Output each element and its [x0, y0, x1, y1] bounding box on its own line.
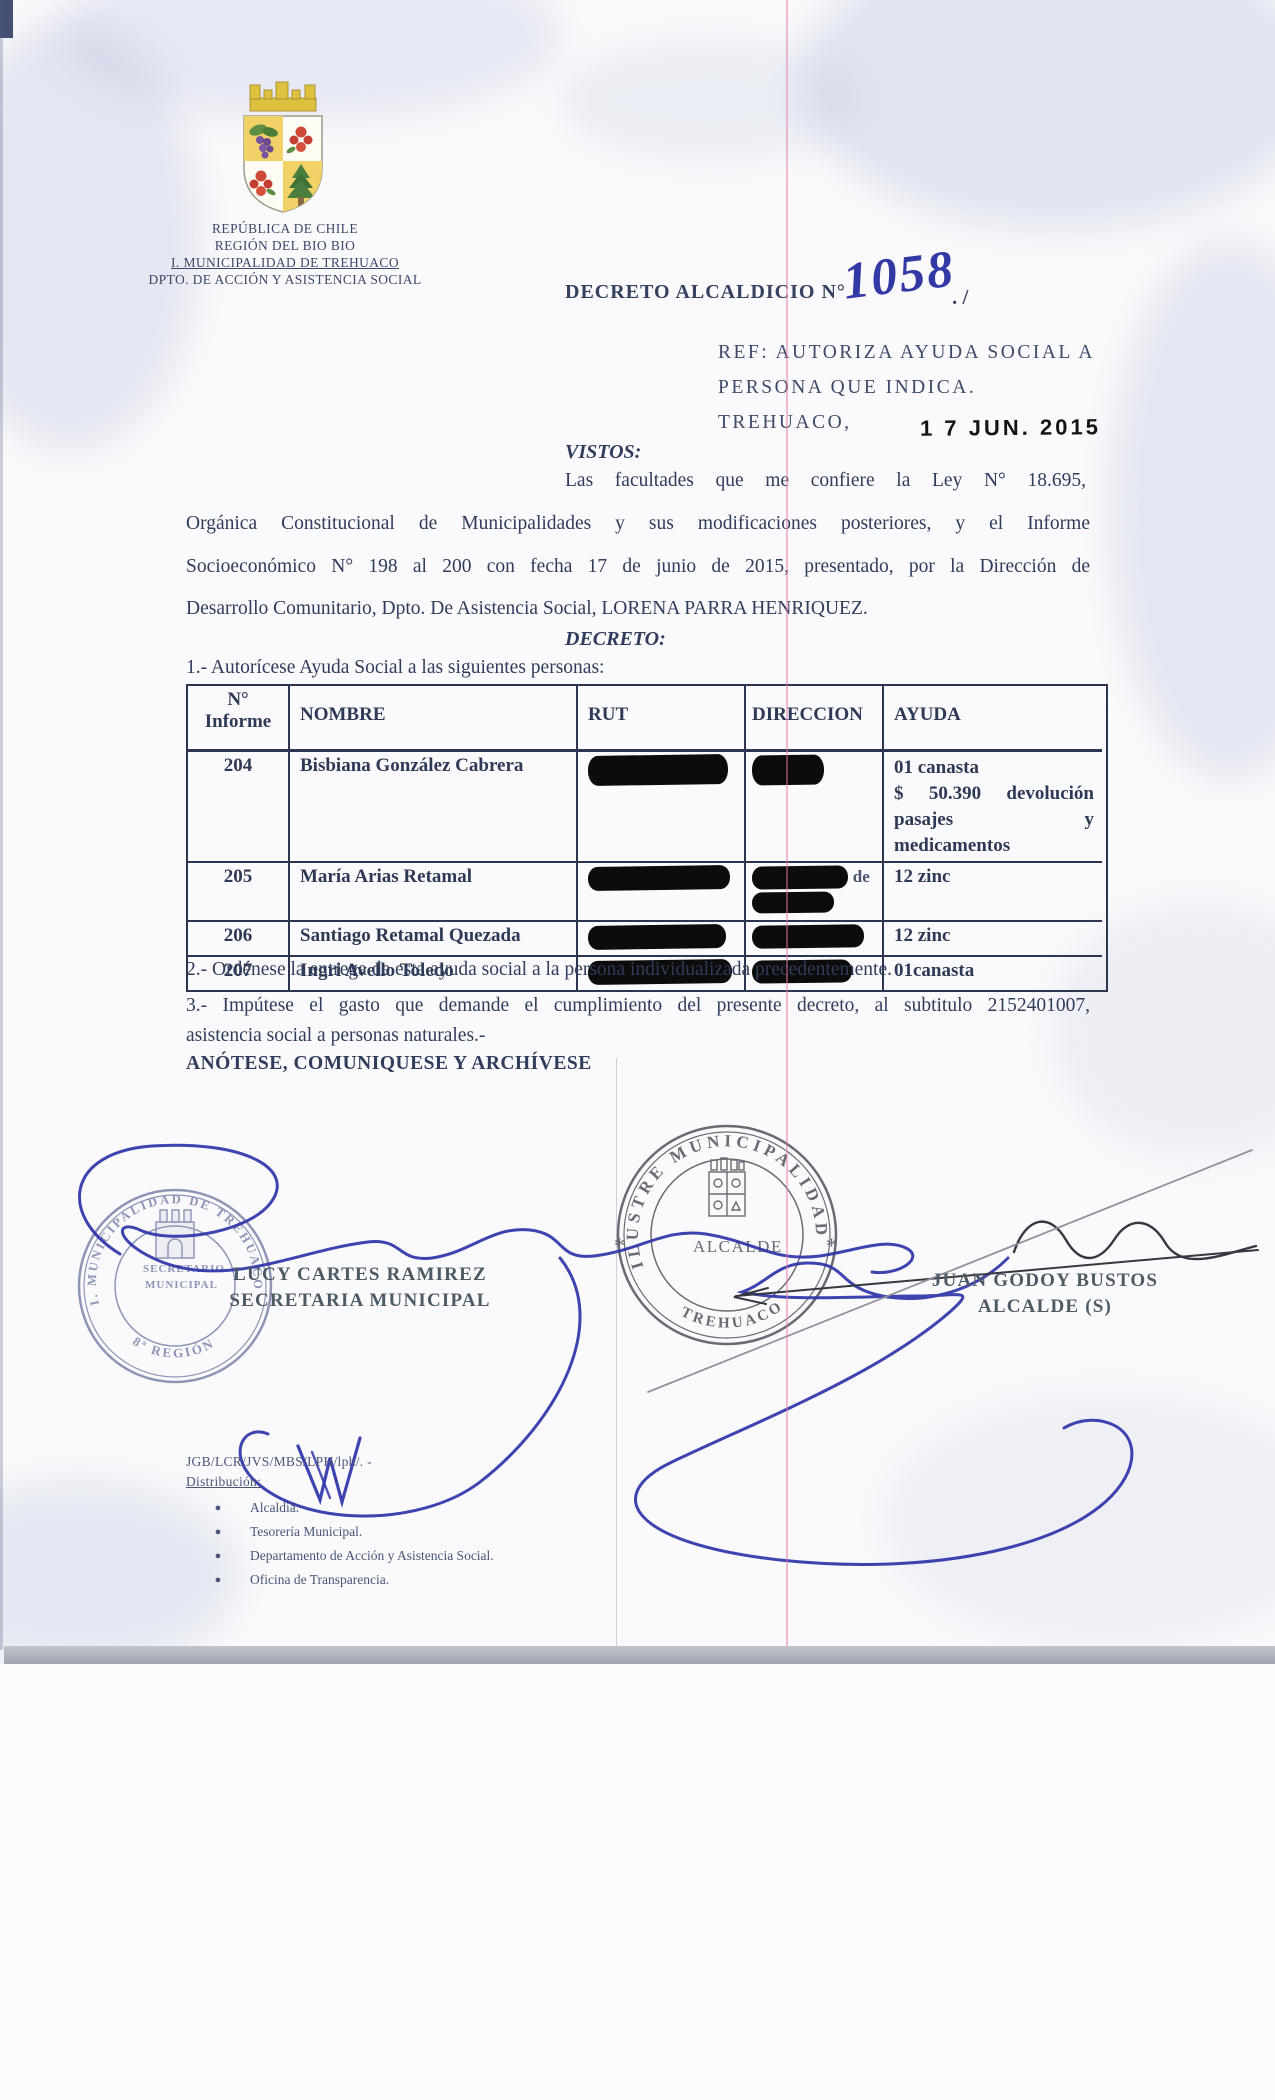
initials-line: JGB/LCR/JVS/MBS/LPH/lph/. -: [186, 1452, 706, 1472]
right-signature-block: JUAN GODOY BUSTOS ALCALDE (S): [915, 1268, 1175, 1320]
distribution-item: ● Tesorería Municipal.: [186, 1520, 706, 1544]
distribution-item-label: Alcaldía.: [250, 1496, 299, 1520]
stamp-center-text: MUNICIPAL: [145, 1279, 218, 1291]
alcalde-name: JUAN GODOY BUSTOS: [915, 1268, 1175, 1294]
scanned-document-page: REPÚBLICA DE CHILE REGIÓN DEL BIO BIO I.…: [0, 0, 1275, 2100]
alcalde-title: ALCALDE (S): [915, 1294, 1175, 1320]
distribution-label: Distribución:: [186, 1472, 706, 1492]
footer-block: JGB/LCR/JVS/MBS/LPH/lph/. - Distribución…: [186, 1452, 706, 1592]
secretaria-title: SECRETARIA MUNICIPAL: [210, 1288, 510, 1314]
scan-gray-line: [616, 1058, 617, 1652]
bullet-icon: ●: [186, 1496, 250, 1520]
bullet-icon: ●: [186, 1520, 250, 1544]
page-bottom-shadow: [4, 1646, 1275, 1664]
distribution-item: ● Alcaldía.: [186, 1496, 706, 1520]
distribution-item-label: Oficina de Transparencia.: [250, 1568, 389, 1592]
secretaria-name: LUCY CARTES RAMIREZ: [210, 1262, 510, 1288]
bullet-icon: ●: [186, 1544, 250, 1568]
distribution-item-label: Departamento de Acción y Asistencia Soci…: [250, 1544, 494, 1568]
distribution-item-label: Tesorería Municipal.: [250, 1520, 362, 1544]
scanner-background: [0, 1664, 1275, 2100]
distribution-item: ● Oficina de Transparencia.: [186, 1568, 706, 1592]
alcalde-stamp: ILUSTRE MUNICIPALIDAD TREHUACO ALCALDE *…: [614, 1126, 837, 1344]
distribution-item: ● Departamento de Acción y Asistencia So…: [186, 1544, 706, 1568]
bullet-icon: ●: [186, 1568, 250, 1592]
left-signature-block: LUCY CARTES RAMIREZ SECRETARIA MUNICIPAL: [210, 1262, 510, 1314]
scan-pink-line: [786, 0, 788, 1652]
